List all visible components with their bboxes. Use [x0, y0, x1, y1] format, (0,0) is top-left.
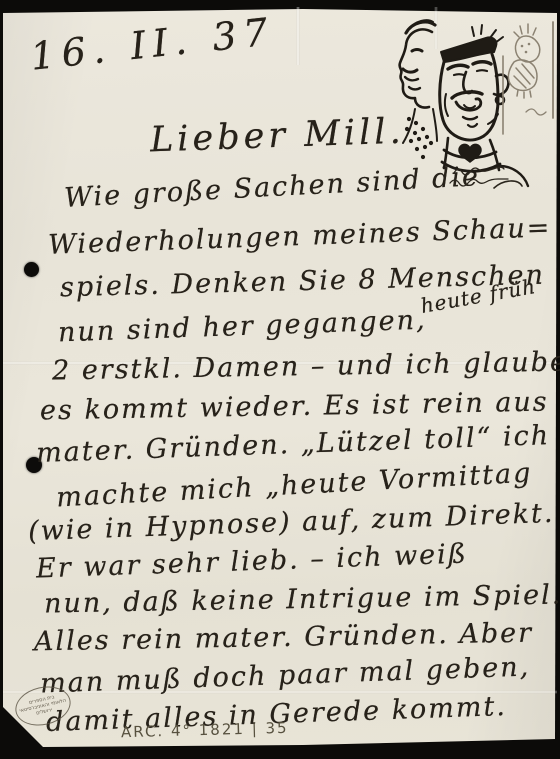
punch-hole: [24, 262, 39, 277]
small-spotted-creature-pencil-doodle: [498, 14, 560, 214]
scanned-letter-page: 16. II. 37 Lieber Mill. Wie große Sachen…: [0, 0, 560, 759]
